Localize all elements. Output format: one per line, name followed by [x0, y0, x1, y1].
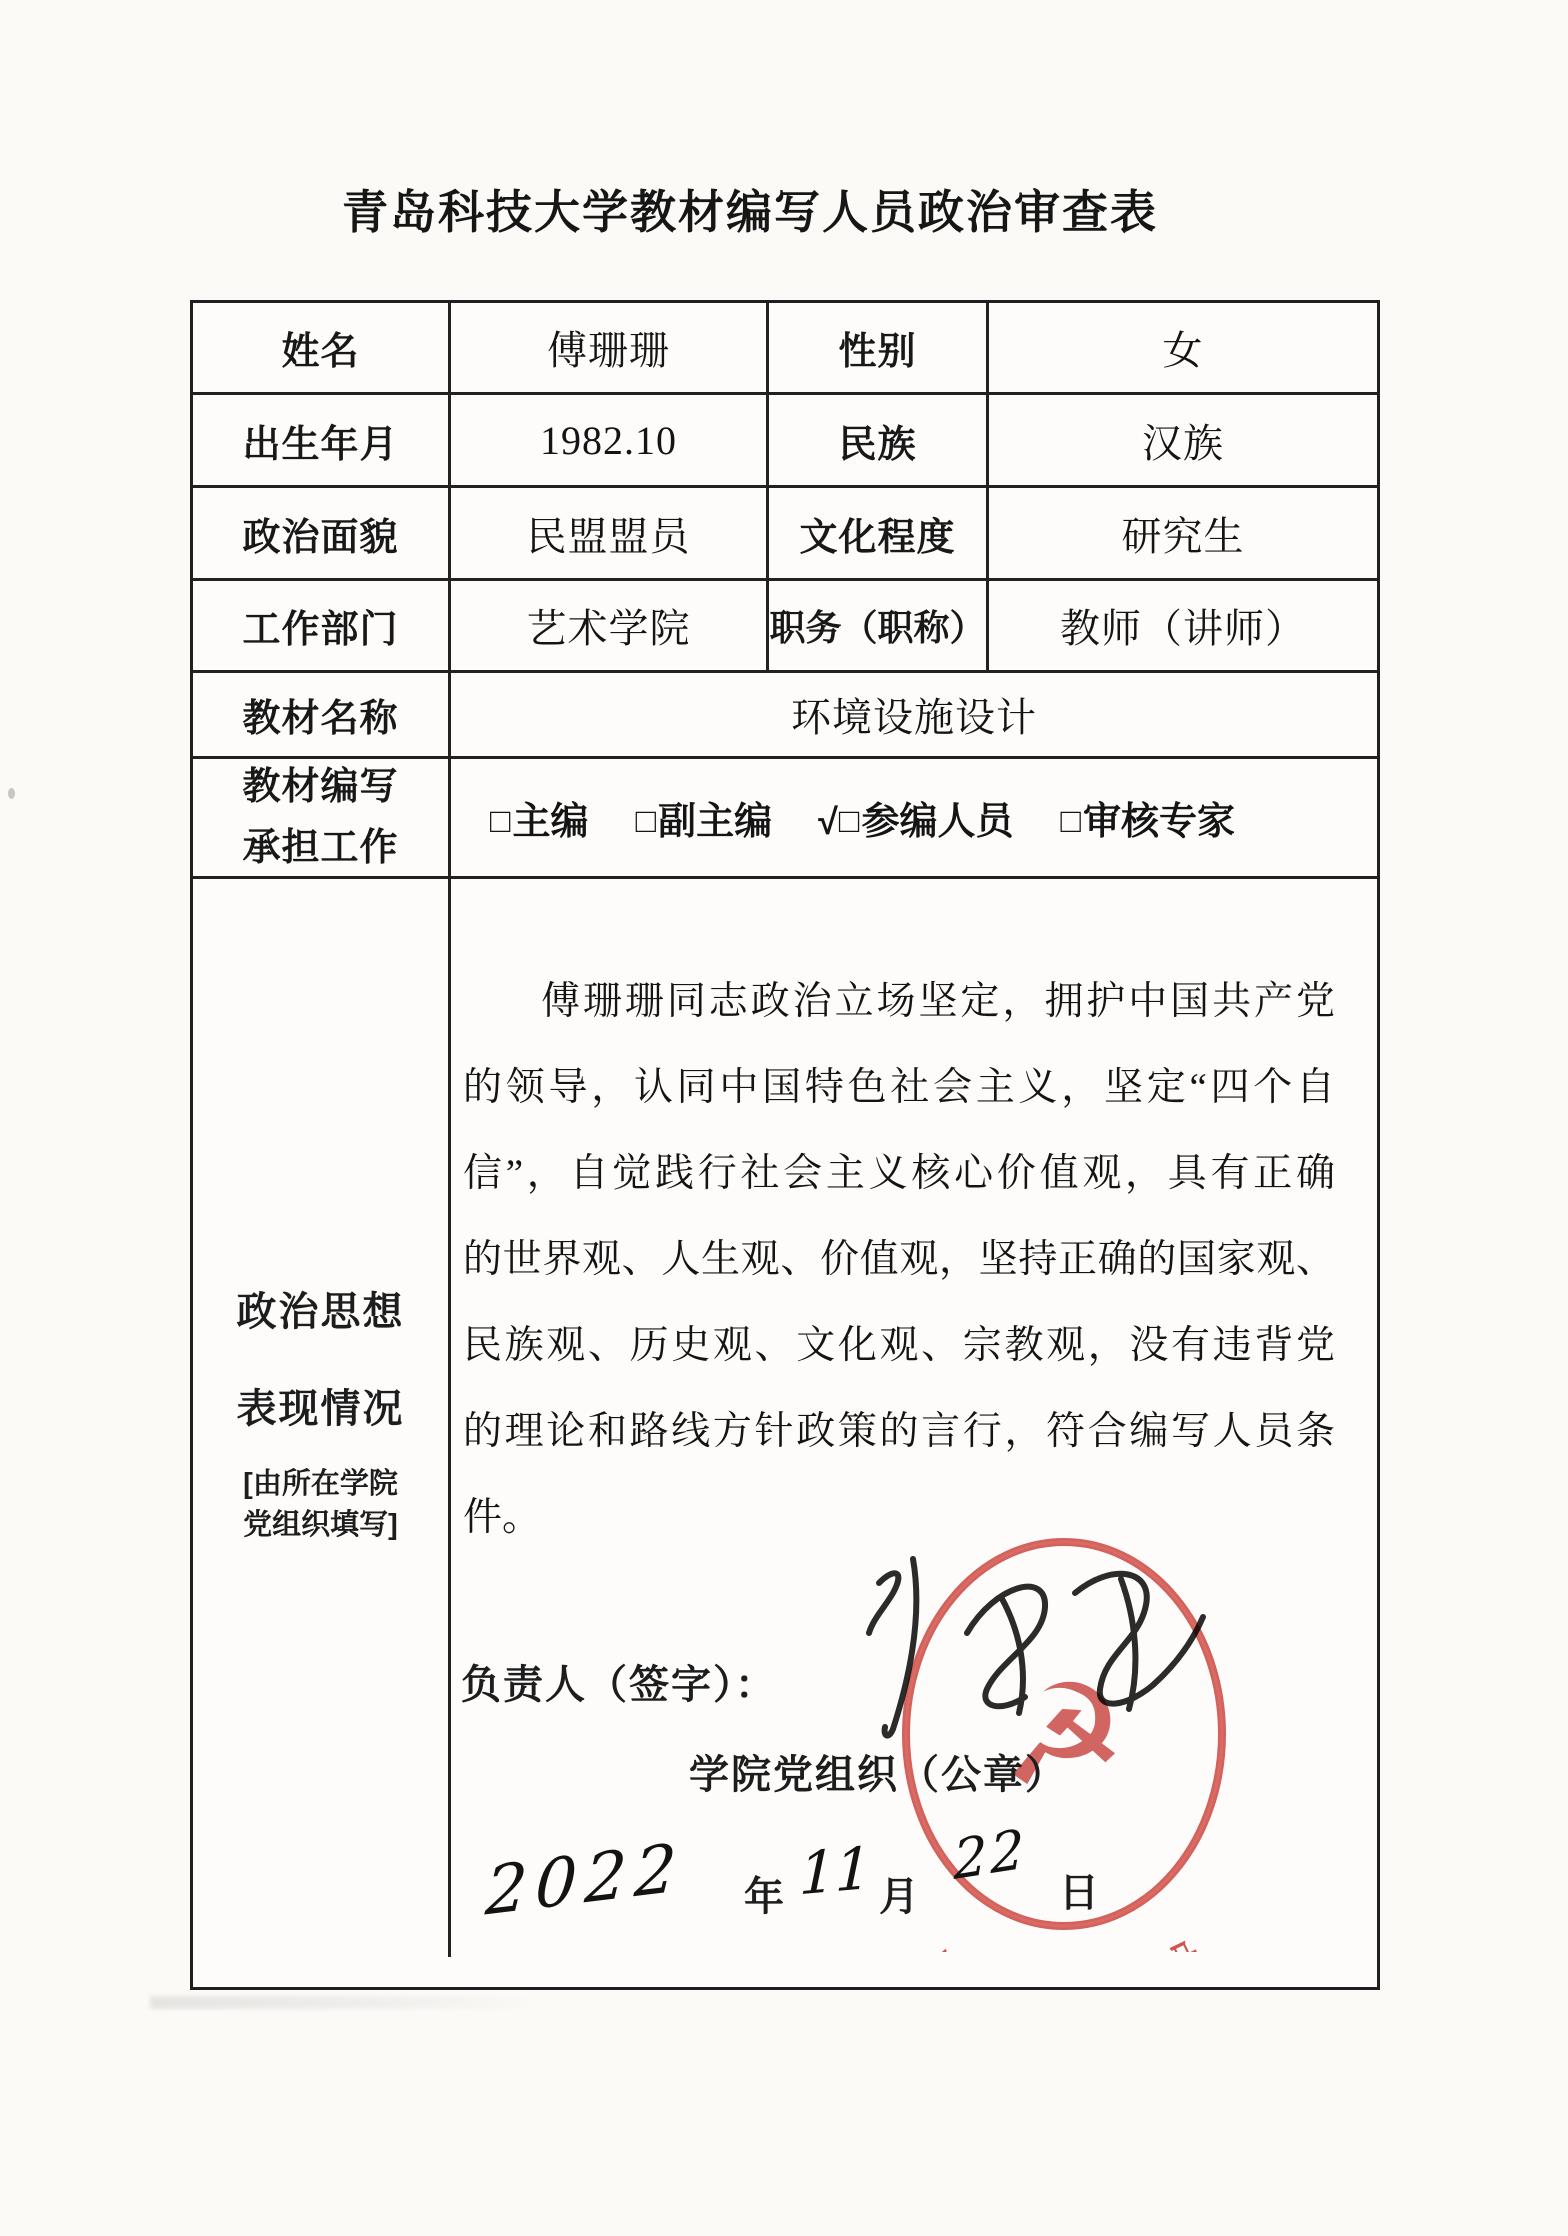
role-option-label: 参编人员 [861, 801, 1013, 843]
field-value-name: 傅珊珊 [451, 303, 769, 395]
role-option-label: 副主编 [658, 801, 772, 843]
role-option-contributor: √□参编人员 [818, 790, 1013, 845]
role-option-review-expert: □审核专家 [1059, 790, 1235, 845]
checkmark-icon: √ [818, 801, 838, 842]
scan-speck [8, 788, 15, 799]
role-option-label: 审核专家 [1083, 801, 1235, 843]
political-thought-content: 傅珊珊同志政治立场坚定，拥护中国共产党 的领导，认同中国特色社会主义，坚定“四个… [451, 879, 1377, 1987]
scan-smudge [150, 1996, 540, 2009]
field-value-position: 教师（讲师） [989, 581, 1377, 673]
field-label-political-thought: 政治思想 表现情况 [由所在学院 党组织填写] [193, 849, 451, 1957]
checkbox-icon: □ [1060, 802, 1081, 840]
paragraph-line: 的世界观、人生观、价值观，坚持正确的国家观、 [463, 1217, 1335, 1303]
org-seal-label: 学院党组织（公章） [689, 1743, 1067, 1800]
handwritten-signature [849, 1541, 1219, 1746]
signer-label: 负责人（签字）： [461, 1653, 777, 1710]
political-thought-label-line1: 政治思想 [237, 1280, 405, 1337]
field-label-department: 工作部门 [193, 581, 451, 673]
day-unit-label: 日 [1059, 1861, 1099, 1918]
handwritten-day: 22 [953, 1817, 1028, 1892]
checkbox-icon: □ [839, 802, 860, 840]
political-thought-label-line2: 表现情况 [237, 1377, 405, 1434]
checkbox-icon: □ [490, 802, 511, 840]
field-label-position: 职务（职称） [769, 581, 989, 673]
writing-role-options: □主编 □副主编 √□参编人员 □审核专家 [451, 759, 1377, 879]
paragraph-line: 的领导，认同中国特色社会主义，坚定“四个自 [463, 1045, 1335, 1131]
seal-ring-text: 中共青岛科技大学艺术学院委员会 [907, 1935, 1222, 1952]
field-label-political-status: 政治面貌 [193, 488, 451, 581]
field-label-textbook-name: 教材名称 [193, 673, 451, 759]
paragraph-line: 傅珊珊同志政治立场坚定，拥护中国共产党 [463, 959, 1335, 1045]
field-value-ethnicity: 汉族 [989, 395, 1377, 488]
writing-role-label-line1: 教材编写 [242, 757, 398, 818]
field-label-gender: 性别 [769, 303, 989, 395]
evaluation-paragraph: 傅珊珊同志政治立场坚定，拥护中国共产党 的领导，认同中国特色社会主义，坚定“四个… [463, 959, 1335, 1561]
field-value-textbook-name: 环境设施设计 [451, 673, 1377, 759]
field-value-gender: 女 [989, 303, 1377, 395]
field-label-name: 姓名 [193, 303, 451, 395]
political-review-form-table: 姓名 傅珊珊 性别 女 出生年月 1982.10 民族 汉族 政治面貌 民盟盟员… [190, 300, 1380, 1990]
political-thought-note-line2: 党组织填写] [243, 1505, 398, 1546]
field-label-education: 文化程度 [769, 488, 989, 581]
svg-text:中共青岛科技大学艺术学院委员会: 中共青岛科技大学艺术学院委员会 [907, 1935, 1222, 1952]
paragraph-line: 民族观、历史观、文化观、宗教观，没有违背党 [463, 1303, 1335, 1389]
handwritten-month: 11 [799, 1834, 872, 1909]
field-value-political-status: 民盟盟员 [451, 488, 769, 581]
year-unit-label: 年 [744, 1865, 784, 1922]
month-unit-label: 月 [879, 1865, 919, 1922]
checkbox-icon: □ [636, 802, 657, 840]
page-title: 青岛科技大学教材编写人员政治审查表 [0, 176, 1500, 242]
field-value-department: 艺术学院 [451, 581, 769, 673]
handwritten-year: 2022 [484, 1828, 687, 1930]
field-value-birthdate: 1982.10 [451, 395, 769, 488]
role-option-label: 主编 [513, 801, 589, 843]
field-value-education: 研究生 [989, 488, 1377, 581]
field-label-birthdate: 出生年月 [193, 395, 451, 488]
field-label-ethnicity: 民族 [769, 395, 989, 488]
political-thought-note-line1: [由所在学院 [243, 1464, 398, 1505]
paragraph-line: 的理论和路线方针政策的言行，符合编写人员条 [463, 1389, 1335, 1475]
role-option-chief-editor: □主编 [489, 790, 589, 845]
paragraph-line: 信”，自觉践行社会主义核心价值观，具有正确 [463, 1131, 1335, 1217]
role-option-deputy-editor: □副主编 [635, 790, 773, 845]
